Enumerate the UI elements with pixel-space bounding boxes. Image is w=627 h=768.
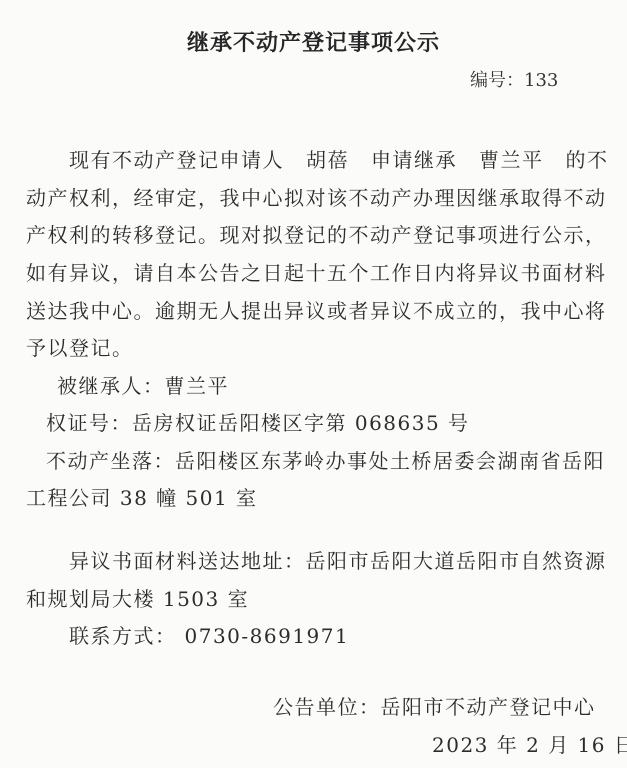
body-line-4: 如有异议，请自本公告之日起十五个工作日内将异议书面材料 xyxy=(26,257,607,286)
decedent-row: 被继承人：曹兰平 xyxy=(57,370,229,399)
serial-value: 133 xyxy=(524,70,558,91)
body-line-1: 现有不动产登记申请人胡蓓申请继承曹兰平的不 xyxy=(69,144,609,173)
location-row-cont: 工程公司 38 幢 501 室 xyxy=(26,482,258,511)
location-label: 不动产坐落： xyxy=(46,449,175,473)
contact-row: 联系方式：0730-8691971 xyxy=(69,620,349,649)
body-line-6: 予以登记。 xyxy=(26,332,134,361)
serial-label: 编号： xyxy=(470,70,524,91)
body-line-5: 送达我中心。逾期无人提出异议或者异议不成立的，我中心将 xyxy=(26,295,607,324)
issuer-label: 公告单位： xyxy=(273,695,381,719)
contact-phone: 0730-8691971 xyxy=(185,624,350,648)
applicant-name: 胡蓓 xyxy=(306,148,349,172)
issuer-value: 岳阳市不动产登记中心 xyxy=(381,695,596,719)
objection-address-label: 异议书面材料送达地址： xyxy=(69,549,306,573)
location-value: 岳阳楼区东茅岭办事处土桥居委会湖南省岳阳 xyxy=(175,449,605,473)
body-text: 现有不动产登记申请人 xyxy=(69,148,284,172)
certificate-value: 岳房权证岳阳楼区字第 068635 号 xyxy=(132,411,470,435)
objection-address-value: 岳阳市岳阳大道岳阳市自然资源 xyxy=(306,549,607,573)
body-text: 的不 xyxy=(566,148,609,172)
notice-page: 继承不动产登记事项公示 编号：133 现有不动产登记申请人胡蓓申请继承曹兰平的不… xyxy=(0,0,627,768)
objection-address-row: 异议书面材料送达地址：岳阳市岳阳大道岳阳市自然资源 xyxy=(69,545,607,574)
serial-number: 编号：133 xyxy=(470,66,558,92)
issuer-row: 公告单位：岳阳市不动产登记中心 xyxy=(273,691,596,720)
body-text: 申请继承 xyxy=(371,148,457,172)
decedent-value: 曹兰平 xyxy=(165,374,230,398)
body-line-3: 产权利的转移登记。现对拟登记的不动产登记事项进行公示， xyxy=(26,219,607,248)
page-title: 继承不动产登记事项公示 xyxy=(0,26,627,57)
decedent-label: 被继承人： xyxy=(57,374,165,398)
decedent-name: 曹兰平 xyxy=(479,148,544,172)
location-row: 不动产坐落：岳阳楼区东茅岭办事处土桥居委会湖南省岳阳 xyxy=(46,445,605,474)
certificate-label: 权证号： xyxy=(46,411,132,435)
body-line-2: 动产权利，经审定，我中心拟对该不动产办理因继承取得不动 xyxy=(26,182,607,211)
issue-date: 2023 年 2 月 16 日 xyxy=(432,729,627,758)
objection-address-cont: 和规划局大楼 1503 室 xyxy=(26,583,249,612)
contact-label: 联系方式： xyxy=(69,624,177,648)
certificate-row: 权证号：岳房权证岳阳楼区字第 068635 号 xyxy=(46,407,470,436)
